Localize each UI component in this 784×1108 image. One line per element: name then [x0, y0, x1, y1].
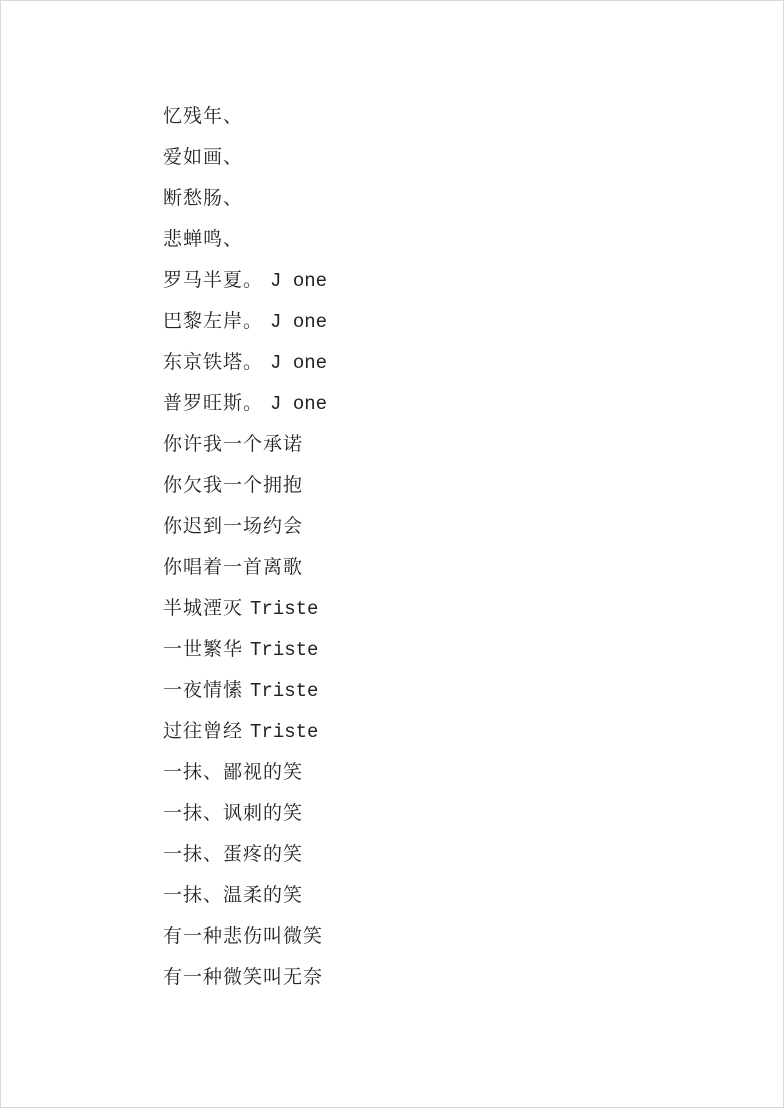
line-text: 断愁肠、	[163, 187, 243, 209]
poem-line: 有一种微笑叫无奈	[163, 964, 327, 1005]
poem-line: 断愁肠、	[163, 185, 327, 226]
line-text: 一抹、蛋疼的笑	[163, 843, 303, 865]
poem-line: 你迟到一场约会	[163, 513, 327, 554]
line-text: 有一种悲伤叫微笑	[163, 925, 323, 947]
line-latin: J one	[270, 352, 327, 374]
poem-line: 一抹、蛋疼的笑	[163, 841, 327, 882]
line-text: 一世繁华	[163, 638, 250, 660]
poem-line: 一抹、讽刺的笑	[163, 800, 327, 841]
line-text: 一抹、讽刺的笑	[163, 802, 303, 824]
line-text: 你许我一个承诺	[163, 433, 303, 455]
poem-line: 你欠我一个拥抱	[163, 472, 327, 513]
poem-line: 罗马半夏。 J one	[163, 267, 327, 308]
line-latin: Triste	[250, 598, 318, 620]
line-text: 爱如画、	[163, 146, 243, 168]
line-text: 普罗旺斯。	[163, 392, 270, 414]
line-text: 东京铁塔。	[163, 351, 270, 373]
line-text: 你欠我一个拥抱	[163, 474, 303, 496]
line-latin: J one	[270, 393, 327, 415]
line-latin: J one	[270, 270, 327, 292]
poem-line: 一世繁华 Triste	[163, 636, 327, 677]
line-latin: Triste	[250, 721, 318, 743]
line-text: 有一种微笑叫无奈	[163, 966, 323, 988]
poem-line: 悲蝉鸣、	[163, 226, 327, 267]
poem-line: 普罗旺斯。 J one	[163, 390, 327, 431]
line-text: 忆残年、	[163, 105, 243, 127]
poem-line: 过往曾经 Triste	[163, 718, 327, 759]
poem-line: 有一种悲伤叫微笑	[163, 923, 327, 964]
line-text: 过往曾经	[163, 720, 250, 742]
line-text: 悲蝉鸣、	[163, 228, 243, 250]
line-text: 你唱着一首离歌	[163, 556, 303, 578]
line-text: 巴黎左岸。	[163, 310, 270, 332]
poem-line: 巴黎左岸。 J one	[163, 308, 327, 349]
poem-line: 忆残年、	[163, 103, 327, 144]
document-page: 忆残年、 爱如画、 断愁肠、 悲蝉鸣、 罗马半夏。 J one 巴黎左岸。 J …	[0, 0, 784, 1108]
poem-line: 一夜情愫 Triste	[163, 677, 327, 718]
line-text: 一抹、温柔的笑	[163, 884, 303, 906]
poem-line: 你许我一个承诺	[163, 431, 327, 472]
line-latin: Triste	[250, 680, 318, 702]
line-text: 半城湮灭	[163, 597, 250, 619]
line-latin: J one	[270, 311, 327, 333]
line-text: 一抹、鄙视的笑	[163, 761, 303, 783]
line-text: 罗马半夏。	[163, 269, 270, 291]
line-latin: Triste	[250, 639, 318, 661]
poem-line: 一抹、温柔的笑	[163, 882, 327, 923]
line-text: 一夜情愫	[163, 679, 250, 701]
poem-line: 一抹、鄙视的笑	[163, 759, 327, 800]
line-text: 你迟到一场约会	[163, 515, 303, 537]
poem-line: 半城湮灭 Triste	[163, 595, 327, 636]
poem-line: 东京铁塔。 J one	[163, 349, 327, 390]
poem-lines: 忆残年、 爱如画、 断愁肠、 悲蝉鸣、 罗马半夏。 J one 巴黎左岸。 J …	[163, 103, 327, 1005]
poem-line: 爱如画、	[163, 144, 327, 185]
poem-line: 你唱着一首离歌	[163, 554, 327, 595]
